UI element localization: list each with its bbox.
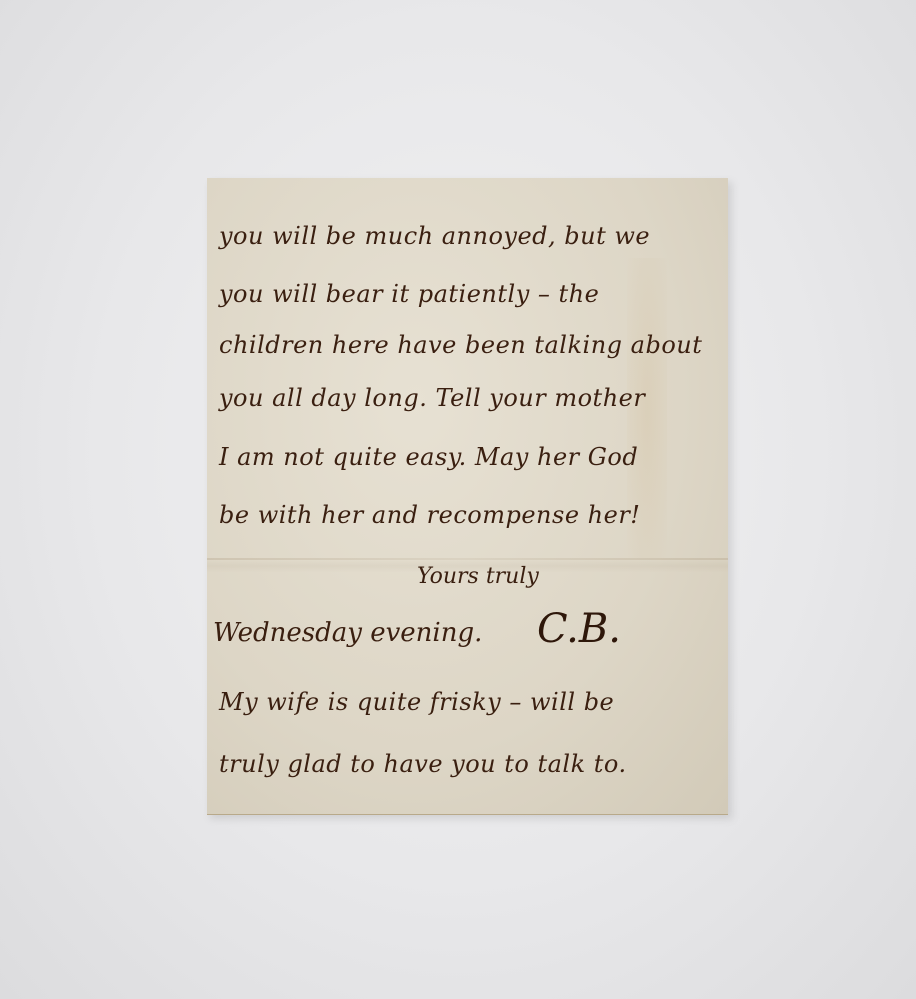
letter-line: children here have been talking about <box>219 331 702 359</box>
letter-closing: Yours truly <box>417 564 539 589</box>
paper-fold-crease <box>207 558 728 560</box>
letter-dateline: Wednesday evening. <box>213 618 482 648</box>
letter-line: be with her and recompense her! <box>219 501 640 529</box>
letter-line: you all day long. Tell your mother <box>219 384 645 412</box>
letter-page: you will be much annoyed, but we you wil… <box>207 178 728 815</box>
letter-line: you will be much annoyed, but we <box>219 222 650 250</box>
postscript-line: truly glad to have you to talk to. <box>219 750 627 778</box>
letter-signature: C.B. <box>537 606 621 652</box>
postscript-line: My wife is quite frisky – will be <box>219 688 614 716</box>
letter-line: you will bear it patiently – the <box>219 280 599 308</box>
letter-line: I am not quite easy. May her God <box>219 443 638 471</box>
